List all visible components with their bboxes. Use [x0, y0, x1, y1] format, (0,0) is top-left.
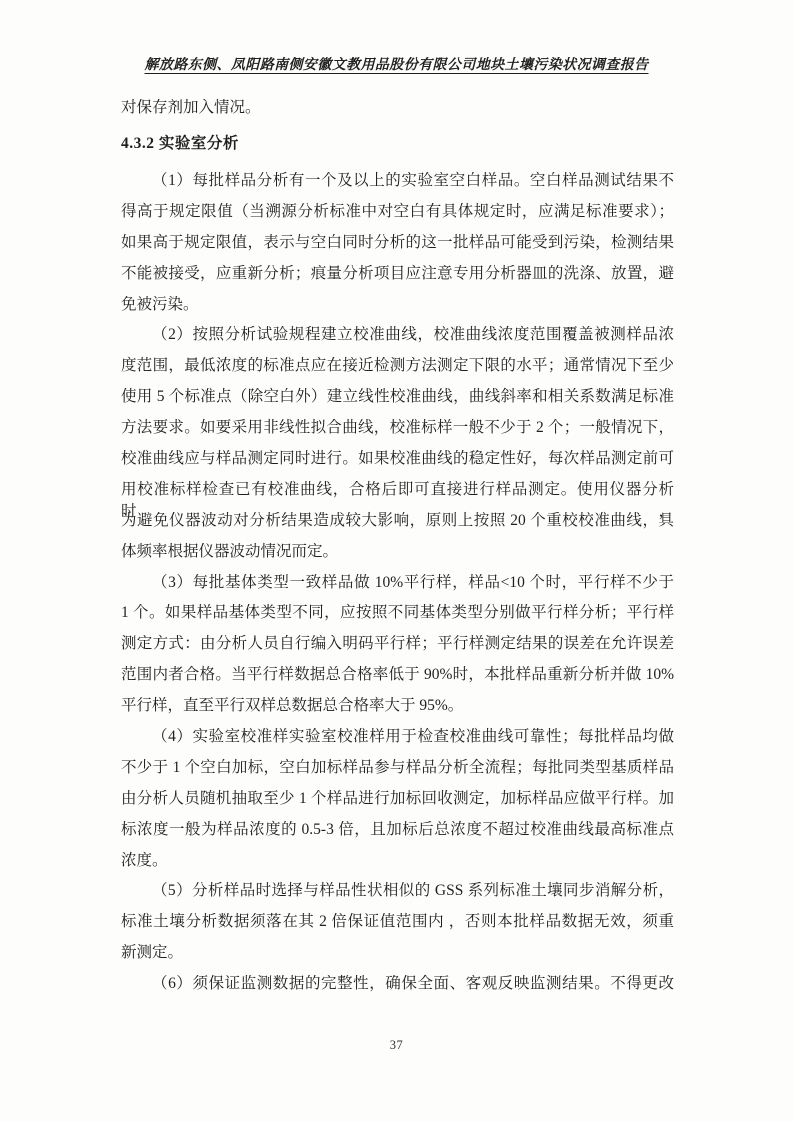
page-footer: 37 — [0, 1036, 793, 1054]
text-line: 方法要求。如要采用非线性拟合曲线，校准标样一般不少于 2 个；一般情况下， — [121, 417, 674, 448]
text-line: 对保存剂加入情况。 — [121, 97, 674, 133]
text-line: 体频率根据仪器波动情况而定。 — [121, 541, 674, 572]
text-line: 范围内者合格。当平行样数据总合格率低于 90%时，本批样品重新分析并做 10% — [121, 664, 674, 695]
text-line: 如果高于规定限值，表示与空白同时分析的这一批样品可能受到污染，检测结果 — [121, 232, 674, 263]
document-page: 解放路东侧、凤阳路南侧安徽文教用品股份有限公司地块土壤污染状况调查报告 对保存剂… — [0, 0, 793, 1122]
text-line: 由分析人员随机抽取至少 1 个样品进行加标回收测定，加标样品应做平行样。加 — [121, 788, 674, 819]
text-line: 测定方式：由分析人员自行编入明码平行样；平行样测定结果的误差在允许误差 — [121, 633, 674, 664]
text-line: 使用 5 个标准点（除空白外）建立线性校准曲线，曲线斜率和相关系数满足标准 — [121, 386, 674, 417]
text-line: 用校准标样检查已有校准曲线，合格后即可直接进行样品测定。使用仪器分析时， — [121, 479, 674, 510]
document-body: 对保存剂加入情况。4.3.2 实验室分析（1）每批样品分析有一个及以上的实验室空… — [121, 97, 674, 1004]
text-line: 平行样，直至平行双样总数据总合格率大于 95%。 — [121, 695, 674, 726]
text-line: 标准土壤分析数据须落在其 2 倍保证值范围内 ，否则本批样品数据无效，须重 — [121, 911, 674, 942]
text-line: （3）每批基体类型一致样品做 10%平行样，样品<10 个时，平行样不少于 — [121, 572, 674, 603]
text-line: （5）分析样品时选择与样品性状相似的 GSS 系列标准土壤同步消解分析， — [121, 880, 674, 911]
text-line: 1 个。如果样品基体类型不同，应按照不同基体类型分别做平行样分析；平行样 — [121, 602, 674, 633]
text-line: 免被污染。 — [121, 294, 674, 325]
text-line: 不能被接受，应重新分析；痕量分析项目应注意专用分析器皿的洗涤、放置，避 — [121, 263, 674, 294]
text-line: 不少于 1 个空白加标，空白加标样品参与样品分析全流程；每批同类型基质样品 — [121, 757, 674, 788]
text-line: 新测定。 — [121, 942, 674, 973]
page-number: 37 — [390, 1038, 404, 1052]
text-line: 校准曲线应与样品测定同时进行。如果校准曲线的稳定性好，每次样品测定前可 — [121, 448, 674, 479]
text-line: （2）按照分析试验规程建立校准曲线，校准曲线浓度范围覆盖被测样品浓 — [121, 324, 674, 355]
text-line: 标浓度一般为样品浓度的 0.5-3 倍，且加标后总浓度不超过校准曲线最高标准点 — [121, 819, 674, 850]
page-header: 解放路东侧、凤阳路南侧安徽文教用品股份有限公司地块土壤污染状况调查报告 — [0, 54, 793, 74]
text-line: （6）须保证监测数据的完整性，确保全面、客观反映监测结果。不得更改 — [121, 973, 674, 1004]
text-line: 得高于规定限值（当溯源分析标准中对空白有具体规定时，应满足标准要求）； — [121, 201, 674, 232]
text-line: 为避免仪器波动对分析结果造成较大影响，原则上按照 20 个重校校准曲线，具 — [121, 510, 674, 541]
text-line: （1）每批样品分析有一个及以上的实验室空白样品。空白样品测试结果不 — [121, 170, 674, 201]
text-line: 浓度。 — [121, 850, 674, 881]
text-line: 度范围，最低浓度的标准点应在接近检测方法测定下限的水平；通常情况下至少 — [121, 355, 674, 386]
header-title: 解放路东侧、凤阳路南侧安徽文教用品股份有限公司地块土壤污染状况调查报告 — [145, 54, 649, 74]
text-line: （4）实验室校准样实验室校准样用于检查校准曲线可靠性；每批样品均做 — [121, 726, 674, 757]
section-heading: 4.3.2 实验室分析 — [121, 133, 674, 170]
